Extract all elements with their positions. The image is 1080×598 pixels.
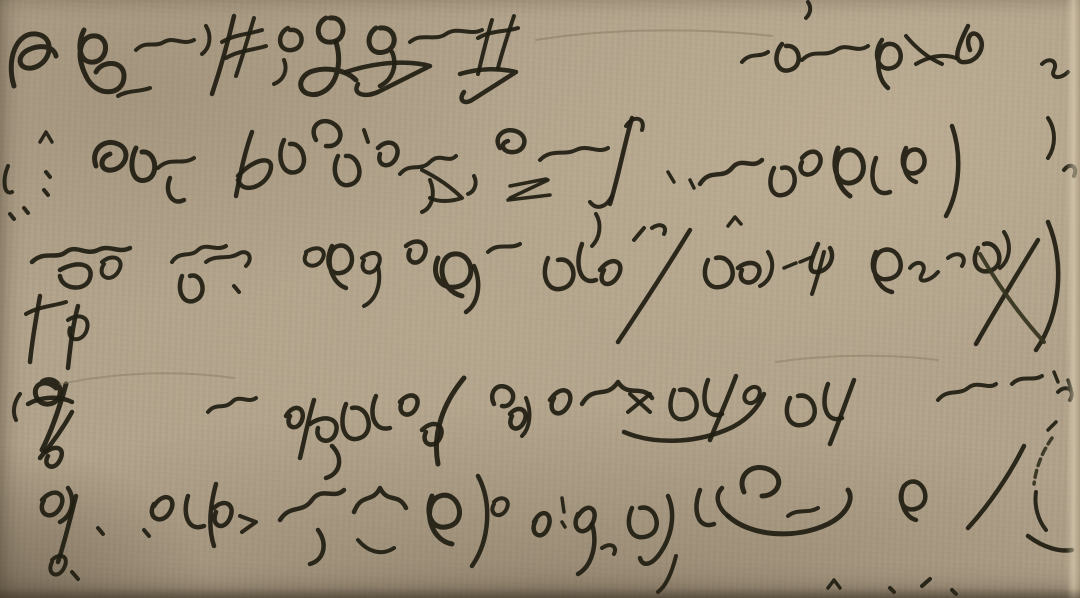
ink-stroke — [1035, 492, 1046, 530]
ink-stroke — [208, 398, 256, 412]
ink-stroke — [492, 386, 513, 406]
ink-stroke — [26, 302, 66, 314]
ink-stroke — [214, 503, 232, 526]
ink-stroke — [32, 248, 130, 262]
ink-stroke — [158, 158, 194, 168]
ink-stroke — [72, 572, 78, 579]
ink-stroke — [10, 214, 14, 219]
ink-stroke — [922, 579, 930, 586]
ink-stroke — [5, 166, 12, 193]
ink-stroke — [550, 390, 570, 413]
ink-stroke — [435, 254, 470, 296]
ink-stroke — [957, 26, 981, 62]
ink-stroke — [634, 228, 644, 240]
ink-stroke — [545, 258, 574, 289]
ink-stroke — [1054, 372, 1058, 382]
ink-stroke — [305, 248, 324, 265]
ink-stroke — [540, 148, 608, 160]
ink-stroke — [488, 244, 520, 252]
ink-stroke — [46, 172, 50, 177]
ink-stroke — [610, 118, 632, 204]
ink-stroke — [968, 446, 1024, 528]
ink-stroke — [118, 88, 150, 96]
ink-stroke — [400, 395, 418, 414]
ink-stroke — [700, 160, 762, 184]
ink-stroke — [436, 378, 464, 464]
ink-stroke — [801, 152, 821, 175]
ink-stroke — [788, 508, 818, 516]
ink-stroke — [510, 409, 526, 429]
ink-stroke — [280, 28, 301, 50]
ink-stroke — [460, 69, 516, 102]
ink-stroke — [422, 170, 462, 201]
ink-stroke — [578, 244, 596, 281]
ink-stroke — [696, 490, 714, 525]
ink-stroke — [301, 42, 356, 95]
ink-stroke — [358, 540, 394, 552]
ink-stroke — [1042, 60, 1068, 77]
ink-stroke — [40, 132, 52, 142]
ink-stroke — [770, 168, 794, 196]
ink-stroke — [652, 225, 665, 234]
paper-edge-highlight — [1066, 0, 1080, 598]
ink-stroke — [492, 498, 507, 515]
ink-stroke — [903, 148, 925, 182]
ink-stroke — [618, 230, 690, 342]
ink-stroke — [478, 20, 492, 74]
ink-stroke — [629, 508, 657, 538]
ink-stroke — [600, 261, 620, 284]
ink-stroke — [364, 130, 368, 142]
ink-stroke — [873, 250, 901, 292]
ink-stroke — [728, 217, 741, 226]
ink-stroke — [354, 488, 406, 512]
ink-stroke — [478, 28, 518, 38]
ink-stroke — [202, 26, 209, 54]
ink-stroke — [132, 148, 155, 181]
ink-stroke — [776, 356, 938, 362]
ink-stroke — [286, 408, 303, 427]
ink-stroke — [314, 121, 341, 146]
ink-stroke — [369, 28, 394, 53]
ink-stroke — [136, 40, 194, 50]
ink-stroke — [946, 126, 958, 216]
ink-stroke — [602, 545, 615, 554]
ink-stroke — [24, 208, 28, 213]
ink-stroke — [705, 258, 733, 288]
ink-stroke — [802, 46, 868, 60]
ink-stroke — [738, 263, 759, 283]
ink-stroke — [1048, 422, 1056, 430]
ink-stroke — [42, 493, 63, 516]
ink-stroke — [742, 467, 779, 496]
ink-stroke — [835, 148, 864, 196]
ink-stroke — [534, 513, 550, 535]
ink-stroke — [342, 404, 368, 439]
ink-stroke — [98, 528, 103, 534]
ink-stroke — [80, 30, 124, 92]
ink-stroke — [776, 44, 798, 71]
ink-stroke — [670, 390, 696, 420]
ink-stroke — [718, 488, 728, 516]
handwriting-ink-layer — [0, 0, 1080, 598]
ink-stroke — [938, 384, 996, 400]
ink-stroke — [372, 396, 390, 429]
ink-stroke — [562, 522, 565, 527]
ink-stroke — [68, 316, 88, 339]
ink-stroke — [380, 52, 394, 86]
ink-stroke — [658, 556, 676, 592]
ink-stroke — [240, 516, 256, 532]
ink-stroke — [828, 580, 840, 588]
ink-stroke — [310, 530, 324, 564]
ink-stroke — [536, 30, 772, 40]
ink-stroke — [910, 263, 938, 281]
ink-stroke — [760, 252, 772, 286]
ink-stroke — [95, 142, 126, 170]
ink-stroke — [310, 418, 337, 440]
ink-stroke — [406, 241, 426, 262]
ink-stroke — [60, 264, 91, 287]
ink-stroke — [830, 380, 854, 444]
ink-stroke — [378, 143, 398, 166]
ink-stroke — [498, 16, 514, 68]
ink-stroke — [592, 214, 599, 246]
ink-stroke — [728, 490, 850, 534]
ink-stroke — [806, 2, 810, 18]
ink-stroke — [326, 446, 339, 478]
ink-stroke — [704, 380, 722, 415]
ink-stroke — [472, 476, 487, 566]
ink-stroke — [980, 254, 1044, 342]
ink-stroke — [562, 498, 564, 512]
ink-stroke — [206, 252, 250, 266]
ink-stroke — [280, 140, 304, 173]
ink-stroke — [690, 180, 694, 188]
ink-stroke — [46, 448, 62, 467]
ink-stroke — [1034, 438, 1052, 484]
ink-stroke — [274, 60, 286, 84]
ink-stroke — [468, 176, 476, 194]
ink-stroke — [236, 18, 254, 76]
ink-stroke — [30, 296, 40, 362]
ink-stroke — [787, 396, 815, 426]
ink-stroke — [335, 156, 360, 185]
ink-stroke — [784, 263, 796, 268]
ink-stroke — [410, 30, 482, 42]
ink-stroke — [44, 190, 48, 195]
ink-stroke — [180, 276, 203, 302]
ink-stroke — [280, 490, 344, 520]
manuscript-photo — [0, 0, 1080, 598]
paper-edge-shadow — [0, 588, 1080, 598]
ink-stroke — [1048, 118, 1054, 158]
ink-stroke — [60, 373, 234, 384]
ink-stroke — [498, 130, 525, 152]
ink-stroke — [948, 254, 964, 266]
ink-stroke — [872, 158, 890, 193]
ink-stroke — [742, 52, 768, 62]
ink-stroke — [1012, 376, 1042, 384]
ink-stroke — [901, 482, 925, 520]
ink-stroke — [168, 178, 184, 201]
ink-stroke — [14, 394, 20, 420]
ink-stroke — [144, 530, 149, 536]
ink-stroke — [744, 387, 759, 403]
ink-stroke — [877, 40, 901, 88]
ink-stroke — [328, 246, 352, 288]
ink-stroke — [152, 497, 173, 519]
ink-stroke — [234, 286, 239, 292]
ink-stroke — [11, 34, 56, 86]
ink-stroke — [318, 18, 343, 42]
ink-stroke — [186, 496, 204, 527]
ink-stroke — [422, 180, 433, 212]
ink-stroke — [1000, 232, 1009, 268]
ink-stroke — [102, 257, 121, 277]
ink-stroke — [429, 495, 460, 544]
ink-stroke — [668, 172, 674, 182]
